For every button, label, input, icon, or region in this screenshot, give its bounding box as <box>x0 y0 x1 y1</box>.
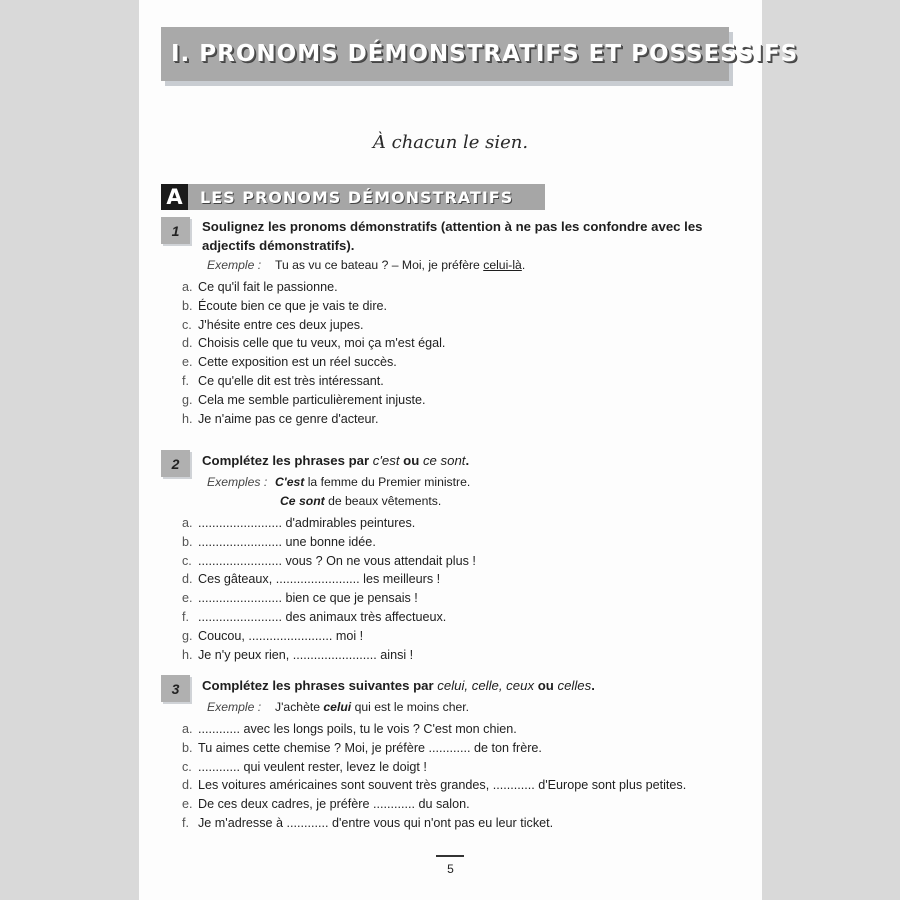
exercise-items: a............. avec les longs poils, tu … <box>182 720 741 833</box>
exercise-number-text: 1 <box>172 223 180 239</box>
example: Exemple :J'achète celui qui est le moins… <box>207 698 741 717</box>
exercise-item: h.Je n'y peux rien, ....................… <box>182 646 741 665</box>
example-text: Tu as vu ce bateau ? – Moi, je préfère <box>275 258 483 272</box>
example-label: Exemples : <box>207 473 275 492</box>
exercise-item: f.Je m'adresse à ............ d'entre vo… <box>182 814 741 833</box>
section-letter: A <box>161 184 188 210</box>
item-text: Ce qu'il fait le passionne. <box>198 280 338 294</box>
item-letter: c. <box>182 552 198 571</box>
exercise-item: e......................... bien ce que j… <box>182 589 741 608</box>
item-text: De ces deux cadres, je préfère .........… <box>198 797 470 811</box>
document-page: I. PRONOMS DÉMONSTRATIFS ET POSSESSIFS À… <box>139 0 762 900</box>
item-letter: h. <box>182 410 198 429</box>
exercise-number: 3 <box>161 675 190 702</box>
example-text: la femme du Premier ministre. <box>304 475 470 489</box>
example-text: de beaux vêtements. <box>325 494 442 508</box>
item-text: Cela me semble particulièrement injuste. <box>198 393 426 407</box>
item-text: Coucou, ........................ moi ! <box>198 629 363 643</box>
item-text: ........................ d'admirables pe… <box>198 516 415 530</box>
item-letter: e. <box>182 353 198 372</box>
item-text: Cette exposition est un réel succès. <box>198 355 397 369</box>
item-letter: a. <box>182 720 198 739</box>
exercise-item: c.J'hésite entre ces deux jupes. <box>182 316 741 335</box>
item-letter: b. <box>182 533 198 552</box>
example-text: J'achète <box>275 700 323 714</box>
instruction-italic: celles <box>558 678 592 693</box>
example-bold: C'est <box>275 475 304 489</box>
item-letter: h. <box>182 646 198 665</box>
item-text: Je n'aime pas ce genre d'acteur. <box>198 412 379 426</box>
exercise-item: a......................... d'admirables … <box>182 514 741 533</box>
item-text: Je m'adresse à ............ d'entre vous… <box>198 816 553 830</box>
section-banner: A LES PRONOMS DÉMONSTRATIFS <box>161 184 545 210</box>
item-text: Tu aimes cette chemise ? Moi, je préfère… <box>198 741 542 755</box>
item-letter: f. <box>182 814 198 833</box>
item-text: ........................ vous ? On ne vo… <box>198 554 476 568</box>
exercise-instruction: Complétez les phrases par c'est ou ce so… <box>202 450 741 472</box>
example-bold: Ce sont <box>280 494 325 508</box>
item-text: ........................ bien ce que je … <box>198 591 418 605</box>
item-letter: d. <box>182 334 198 353</box>
exercise-item: g.Coucou, ........................ moi ! <box>182 627 741 646</box>
exercise-item: f.Ce qu'elle dit est très intéressant. <box>182 372 741 391</box>
exercise-item: g.Cela me semble particulièrement injust… <box>182 391 741 410</box>
instruction-italic: celui, celle, ceux <box>437 678 534 693</box>
item-letter: e. <box>182 795 198 814</box>
item-letter: a. <box>182 514 198 533</box>
instruction-text: Complétez les phrases suivantes par <box>202 678 437 693</box>
item-text: Les voitures américaines sont souvent tr… <box>198 778 686 792</box>
item-letter: d. <box>182 776 198 795</box>
exercise-item: c............. qui veulent rester, levez… <box>182 758 741 777</box>
item-text: Choisis celle que tu veux, moi ça m'est … <box>198 336 445 350</box>
section-title: LES PRONOMS DÉMONSTRATIFS <box>200 188 513 207</box>
chapter-banner: I. PRONOMS DÉMONSTRATIFS ET POSSESSIFS <box>161 27 729 81</box>
item-letter: c. <box>182 316 198 335</box>
instruction-text: Complétez les phrases par <box>202 453 373 468</box>
item-letter: g. <box>182 627 198 646</box>
exercise-number-text: 2 <box>172 456 180 472</box>
exercise-item: a.Ce qu'il fait le passionne. <box>182 278 741 297</box>
exercise-item: b.Écoute bien ce que je vais te dire. <box>182 297 741 316</box>
instruction-text: ou <box>400 453 423 468</box>
instruction-text: ou <box>534 678 557 693</box>
item-letter: a. <box>182 278 198 297</box>
item-letter: f. <box>182 372 198 391</box>
item-letter: f. <box>182 608 198 627</box>
exercise-item: f......................... des animaux t… <box>182 608 741 627</box>
instruction-text: . <box>591 678 595 693</box>
example-label: Exemple : <box>207 256 275 275</box>
exercise-item: c......................... vous ? On ne … <box>182 552 741 571</box>
item-text: ............ avec les longs poils, tu le… <box>198 722 517 736</box>
item-letter: g. <box>182 391 198 410</box>
exercise-1: 1 Soulignez les pronoms démonstratifs (a… <box>161 217 741 428</box>
example: Exemple :Tu as vu ce bateau ? – Moi, je … <box>207 256 741 275</box>
exercise-item: b.Tu aimes cette chemise ? Moi, je préfè… <box>182 739 741 758</box>
exercise-item: d.Les voitures américaines sont souvent … <box>182 776 741 795</box>
item-text: Ce qu'elle dit est très intéressant. <box>198 374 384 388</box>
exercise-item: d.Ces gâteaux, ........................ … <box>182 570 741 589</box>
exercise-2: 2 Complétez les phrases par c'est ou ce … <box>161 450 741 664</box>
instruction-italic: ce sont <box>423 453 466 468</box>
item-text: ............ qui veulent rester, levez l… <box>198 760 427 774</box>
item-text: J'hésite entre ces deux jupes. <box>198 318 364 332</box>
example-underlined: celui-là <box>483 258 522 272</box>
exercise-item: a............. avec les longs poils, tu … <box>182 720 741 739</box>
example-label: Exemple : <box>207 698 275 717</box>
instruction-text: . <box>465 453 469 468</box>
page-number: 5 <box>139 862 762 876</box>
subtitle: À chacun le sien. <box>139 132 762 153</box>
example-line-2: Ce sont de beaux vêtements. <box>280 492 741 511</box>
item-letter: b. <box>182 297 198 316</box>
item-letter: c. <box>182 758 198 777</box>
item-text: Ces gâteaux, ........................ le… <box>198 572 440 586</box>
exercise-item: e.De ces deux cadres, je préfère .......… <box>182 795 741 814</box>
example-end: . <box>522 258 525 272</box>
exercise-item: h.Je n'aime pas ce genre d'acteur. <box>182 410 741 429</box>
exercise-item: d.Choisis celle que tu veux, moi ça m'es… <box>182 334 741 353</box>
item-letter: e. <box>182 589 198 608</box>
example-bold: celui <box>323 700 351 714</box>
item-text: ........................ des animaux trè… <box>198 610 446 624</box>
item-text: Écoute bien ce que je vais te dire. <box>198 299 387 313</box>
exercise-instruction: Soulignez les pronoms démonstratifs (att… <box>202 217 741 255</box>
instruction-italic: c'est <box>373 453 400 468</box>
example-text: qui est le moins cher. <box>351 700 469 714</box>
chapter-title: I. PRONOMS DÉMONSTRATIFS ET POSSESSIFS <box>171 41 798 67</box>
exercise-number: 2 <box>161 450 190 477</box>
exercise-instruction: Complétez les phrases suivantes par celu… <box>202 675 741 697</box>
exercise-3: 3 Complétez les phrases suivantes par ce… <box>161 675 741 833</box>
exercise-number-text: 3 <box>172 681 180 697</box>
item-letter: d. <box>182 570 198 589</box>
footer-rule <box>436 855 464 857</box>
exercise-number: 1 <box>161 217 190 244</box>
exercise-item: e.Cette exposition est un réel succès. <box>182 353 741 372</box>
item-text: ........................ une bonne idée. <box>198 535 376 549</box>
item-text: Je n'y peux rien, ......................… <box>198 648 413 662</box>
exercise-items: a......................... d'admirables … <box>182 514 741 664</box>
example: Exemples :C'est la femme du Premier mini… <box>207 473 741 511</box>
item-letter: b. <box>182 739 198 758</box>
exercise-item: b......................... une bonne idé… <box>182 533 741 552</box>
exercise-items: a.Ce qu'il fait le passionne.b.Écoute bi… <box>182 278 741 428</box>
